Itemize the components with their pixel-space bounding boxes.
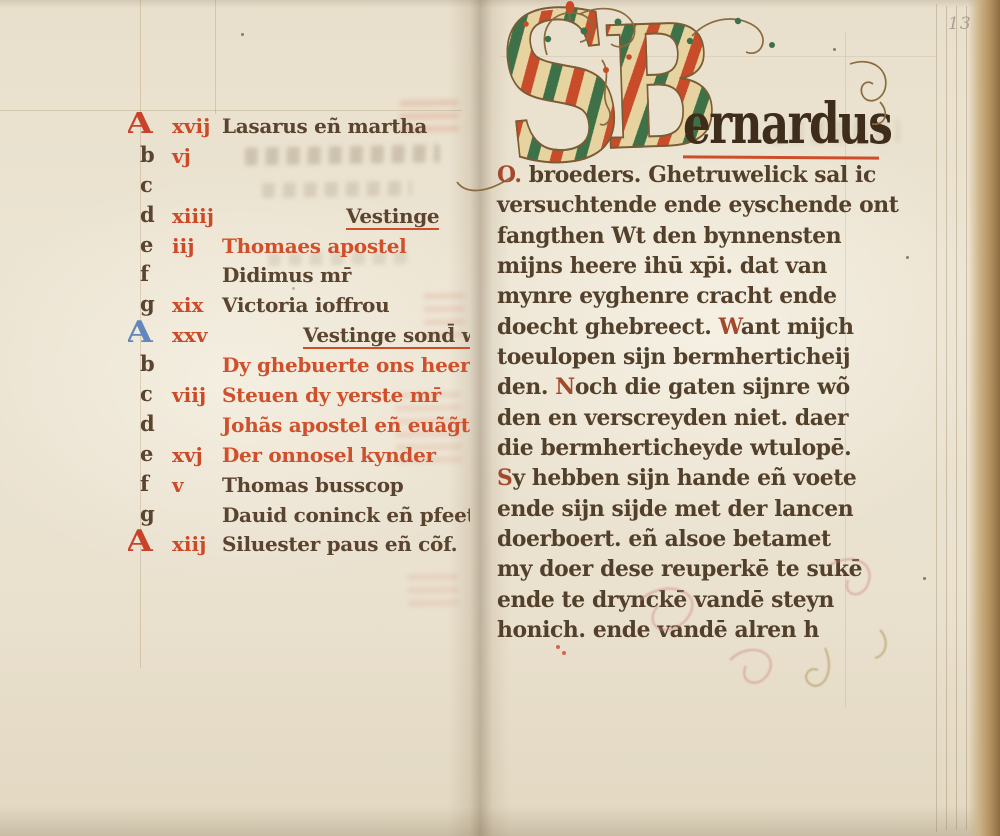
- body-line: Sy hebben sijn hande eñ voete: [497, 464, 904, 494]
- dominical-letter: f: [140, 263, 149, 284]
- text-segment: mynre eyghenre cracht ende: [497, 283, 837, 309]
- feast-entry: Steuen dy yerste mr̄: [222, 383, 441, 407]
- body-line: toeulopen sijn bermherticheij: [497, 343, 904, 373]
- text-segment: S: [497, 465, 512, 491]
- calendar-row: bDy ghebuerte ons heeren: [128, 351, 470, 381]
- folio-number: 13: [948, 14, 972, 34]
- dominical-letter: f: [140, 473, 149, 494]
- right-page-edge: [936, 4, 937, 832]
- feast-entry: Johãs apostel eñ euãg̃t: [222, 413, 470, 437]
- show-through-rubric: [408, 572, 459, 607]
- body-line: versuchtende ende eyschende ont: [497, 191, 904, 221]
- golden-number: vj: [172, 144, 191, 168]
- dominical-letter: c: [140, 174, 153, 195]
- text-segment: versuchtende ende eyschende ont: [497, 192, 898, 218]
- calendar-row: cviijSteuen dy yerste mr̄: [128, 381, 470, 411]
- body-line: mijns heere ihū xp̄i. dat van: [497, 252, 904, 282]
- dominical-letter: e: [140, 443, 153, 464]
- text-segment: die bermherticheyde wtulopē.: [497, 435, 851, 461]
- calendar-row: exvjDer onnosel kynder: [128, 441, 470, 471]
- dominical-letter: b: [140, 353, 155, 374]
- text-segment: fangthen Wt den bynnensten: [497, 223, 841, 249]
- ruling-line-vertical: [215, 0, 216, 114]
- text-segment: mijns heere ihū xp̄i. dat van: [497, 253, 827, 279]
- text-segment: ant mijch: [741, 314, 854, 340]
- golden-number: xvj: [172, 443, 203, 467]
- dominical-letter: d: [140, 413, 155, 434]
- text-segment: W: [719, 314, 741, 340]
- golden-number: xiiij: [172, 204, 214, 228]
- golden-number: xvij: [172, 114, 210, 138]
- calendar-row: AxvijLasarus eñ martha: [128, 112, 470, 142]
- calendar-row: dJohãs apostel eñ euãg̃t: [128, 411, 470, 441]
- calendar-row: fDidimus mr̄: [128, 261, 470, 291]
- ruling-line-horizontal: [0, 110, 462, 111]
- text-segment: ende sijn sijde met der lancen: [497, 496, 853, 522]
- calendar-row: dxiiijVestinge: [128, 202, 470, 232]
- golden-number: iij: [172, 234, 194, 258]
- dominical-letter: A: [128, 527, 153, 557]
- golden-number: xix: [172, 293, 203, 317]
- text-segment: broeders. Ghetruwelick sal ic: [522, 162, 876, 188]
- dominical-letter: g: [140, 503, 155, 524]
- text-segment: toeulopen sijn bermherticheij: [497, 344, 850, 370]
- dominical-letter: g: [140, 293, 155, 314]
- feast-entry: Victoria ioffrou: [222, 293, 389, 317]
- feast-entry: Siluester paus eñ cõf.: [222, 532, 457, 556]
- body-line: O. broeders. Ghetruwelick sal ic: [497, 161, 904, 191]
- calendar-row: AxiijSiluester paus eñ cõf.: [128, 530, 470, 560]
- dominical-letter: e: [140, 234, 153, 255]
- feast-header: Vestinge: [346, 205, 439, 230]
- calendar-row: c: [128, 172, 470, 202]
- body-line: die bermherticheyde wtulopē.: [497, 434, 904, 464]
- golden-number: xxv: [172, 323, 207, 347]
- punctus-mark: [562, 651, 566, 655]
- calendar-row: eiijThomaes apostel: [128, 232, 470, 262]
- dominical-letter: b: [140, 144, 155, 165]
- calendar-row: bvj: [128, 142, 470, 172]
- golden-number: xiij: [172, 532, 206, 556]
- text-segment: den en verscreyden niet. daer: [497, 405, 848, 431]
- punctus-mark: [556, 645, 560, 649]
- dominical-letter: A: [128, 318, 153, 348]
- body-line: mynre eyghenre cracht ende: [497, 282, 904, 312]
- text-segment: och die gaten sijnre wõ: [575, 374, 850, 400]
- golden-number: viij: [172, 383, 206, 407]
- body-line: den. Noch die gaten sijnre wõ: [497, 373, 904, 403]
- leaf-edge-line: [956, 6, 957, 830]
- ink-speck: [923, 577, 926, 580]
- body-line: den en verscreyden niet. daer: [497, 404, 904, 434]
- feast-entry: Didimus mr̄: [222, 263, 351, 287]
- text-segment: N: [555, 374, 575, 400]
- golden-number: v: [172, 473, 184, 497]
- book-fore-edge: [968, 0, 1000, 836]
- feast-entry: Lasarus eñ martha: [222, 114, 427, 138]
- body-line: ende sijn sijde met der lancen: [497, 495, 904, 525]
- feast-entry: Dy ghebuerte ons heeren: [222, 353, 470, 377]
- text-segment: O.: [497, 162, 522, 188]
- calendar-rows: AxvijLasarus eñ marthabvjcdxiiijVestinge…: [128, 112, 470, 564]
- dominical-letter: d: [140, 204, 155, 225]
- feast-entry: Der onnosel kynder: [222, 443, 436, 467]
- feast-entry: Thomaes apostel: [222, 234, 406, 258]
- dominical-letter: c: [140, 383, 153, 404]
- text-segment: den.: [497, 374, 555, 400]
- feast-entry: Thomas busscop: [222, 473, 403, 497]
- calendar-row: gDauid coninck eñ pfeet: [128, 501, 470, 531]
- faded-marginalia-scribbles: [580, 540, 920, 720]
- text-segment: doecht ghebreect.: [497, 314, 719, 340]
- dominical-letter: A: [128, 112, 153, 139]
- body-line: fangthen Wt den bynnensten: [497, 222, 904, 252]
- calendar-row: gxixVictoria ioffrou: [128, 291, 470, 321]
- feast-entry: Dauid coninck eñ pfeet: [222, 503, 470, 527]
- calendar-row: fvThomas busscop: [128, 471, 470, 501]
- leaf-edge-line: [946, 6, 947, 830]
- text-segment: y hebben sijn hande eñ voete: [512, 465, 856, 491]
- ink-speck: [241, 33, 244, 36]
- body-line: doecht ghebreect. Want mijch: [497, 313, 904, 343]
- leaf-edge-line: [966, 6, 967, 830]
- feast-header: Vestinge sond̄ witsp̄: [303, 324, 470, 349]
- calendar-row: AxxvVestinge sond̄ witsp̄: [128, 321, 470, 351]
